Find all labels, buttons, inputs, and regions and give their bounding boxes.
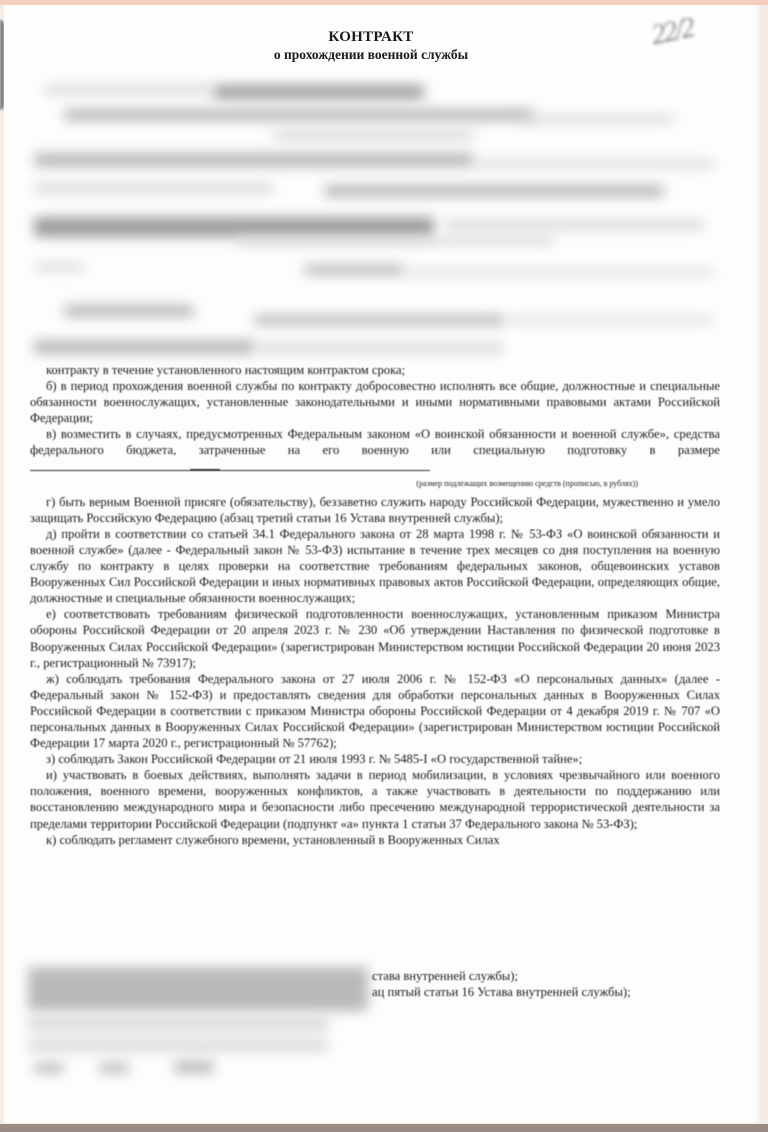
redacted-line <box>34 1063 64 1073</box>
redacted-line <box>64 305 194 317</box>
handwritten-signature: 22/2 <box>649 2 750 79</box>
redacted-line <box>274 130 474 140</box>
clause-zh: ж) соблюдать требования Федерального зак… <box>30 671 720 751</box>
clause-i: и) участвовать в боевых действиях, выпол… <box>30 767 720 831</box>
tail-line: става внутренней службы); <box>372 968 722 984</box>
redacted-line <box>254 315 504 325</box>
redacted-line <box>444 220 704 230</box>
redacted-line <box>474 160 714 168</box>
redacted-line <box>64 109 534 121</box>
amount-blank-field <box>30 460 430 471</box>
redacted-line <box>34 217 434 237</box>
redacted-line <box>404 270 714 276</box>
clause-v-text: в) возместить в случаях, предусмотренных… <box>30 427 720 457</box>
contract-body: контракту в течение установленного насто… <box>30 362 720 848</box>
clause-e: е) соответствовать требованиям физическо… <box>30 606 720 670</box>
redacted-line <box>44 85 214 94</box>
redacted-line <box>99 1063 129 1073</box>
redacted-line <box>34 183 274 193</box>
redacted-line <box>28 1017 328 1031</box>
redacted-line <box>28 1039 328 1051</box>
clause-v: в) возместить в случаях, предусмотренных… <box>30 426 720 474</box>
redacted-line <box>34 153 474 167</box>
clause-g: г) быть верным Военной присяге (обязател… <box>30 494 720 526</box>
document-sheet: КОНТРАКТ о прохождении военной службы 22… <box>4 5 762 1123</box>
redacted-line <box>234 237 554 245</box>
redacted-line <box>34 263 84 271</box>
redacted-block <box>28 967 368 1011</box>
amount-blank-caption: (размер подлежащих возмещению средств (п… <box>30 477 720 491</box>
tail-line: ац пятый статьи 16 Устава внутренней слу… <box>372 984 722 1000</box>
redacted-line <box>504 317 714 323</box>
redacted-line <box>174 1061 214 1073</box>
bottom-border <box>0 1124 768 1132</box>
clause-tail-lines: става внутренней службы); ац пятый стать… <box>372 968 722 1000</box>
redacted-line <box>254 343 504 353</box>
redacted-line <box>214 85 424 99</box>
redacted-line <box>304 265 404 275</box>
redacted-line <box>324 185 664 197</box>
document-title: КОНТРАКТ <box>4 29 738 46</box>
clause-k: к) соблюдать регламент служебного времен… <box>30 832 720 848</box>
clause-d: д) пройти в соответствии со статьей 34.1… <box>30 526 720 606</box>
clause-a-tail: контракту в течение установленного насто… <box>30 362 720 378</box>
clause-b: б) в период прохождения военной службы п… <box>30 378 720 426</box>
clause-z: з) соблюдать Закон Российской Федерации … <box>30 751 720 767</box>
redacted-line <box>524 115 674 123</box>
document-subtitle: о прохождении военной службы <box>4 47 738 63</box>
redacted-line <box>34 340 254 354</box>
